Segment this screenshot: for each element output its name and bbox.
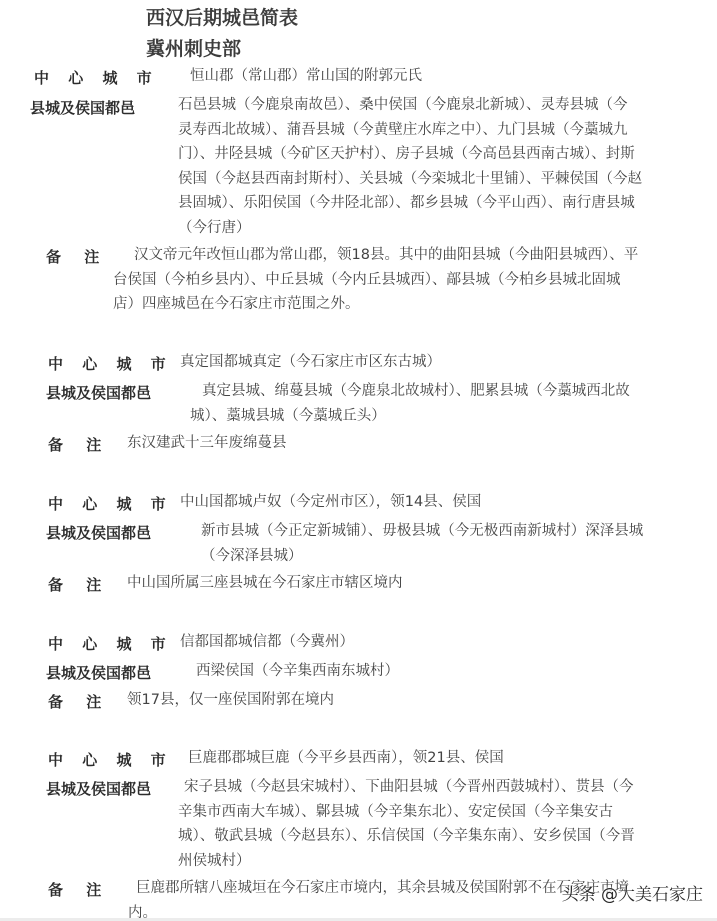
text-line: （今深泽县城） xyxy=(201,544,643,569)
center-city-value: 中山国都城卢奴（今定州市区），领14县、侯国 xyxy=(180,490,481,515)
counties-label: 县城及侯国都邑 xyxy=(46,778,151,799)
notes-label: 备 注 xyxy=(48,691,110,712)
center-city-value: 巨鹿郡郡城巨鹿（今平乡县西南），领21县、侯国 xyxy=(188,746,504,771)
notes-label: 备 注 xyxy=(48,879,110,900)
center-city-value: 恒山郡（常山郡）常山国的附郭元氏 xyxy=(190,64,422,89)
center-city-label: 中 心 城 市 xyxy=(48,633,173,654)
text-line: 城）、敬武县城（今赵县东）、乐信侯国（今辛集东南）、安乡侯国（今晋 xyxy=(178,824,635,849)
counties-value: 石邑县城（今鹿泉南故邑）、桑中侯国（今鹿泉北新城）、灵寿县城（今 灵寿西北故城）… xyxy=(178,93,642,240)
center-city-label: 中 心 城 市 xyxy=(48,353,173,374)
notes-value: 中山国所属三座县城在今石家庄市辖区境内 xyxy=(127,571,403,596)
counties-value: 宋子县城（今赵县宋城村）、下曲阳县城（今晋州西鼓城村）、贳县（今 辛集市西南大车… xyxy=(178,775,635,873)
text-line: 巨鹿郡所辖八座城垣在今石家庄市境内，其余县城及侯国附郭不在石家庄市境 xyxy=(128,876,629,901)
document-title: 西汉后期城邑简表 xyxy=(146,3,298,30)
text-line: 门）、井陉县城（今矿区天护村）、房子县城（今高邑县西南古城）、封斯 xyxy=(178,142,642,167)
text-line: 州侯城村） xyxy=(178,849,635,874)
document-subtitle: 冀州刺史部 xyxy=(146,34,241,61)
notes-label: 备 注 xyxy=(48,434,110,455)
counties-label: 县城及侯国都邑 xyxy=(46,662,151,683)
center-city-label: 中 心 城 市 xyxy=(34,67,159,88)
text-line: 新市县城（今正定新城铺）、毋极县城（今无极西南新城村）深泽县城 xyxy=(201,519,643,544)
notes-value: 汉文帝元年改恒山郡为常山郡，领18县。其中的曲阳县城（今曲阳县城西）、平 台侯国… xyxy=(113,243,638,317)
text-line: 汉文帝元年改恒山郡为常山郡，领18县。其中的曲阳县城（今曲阳县城西）、平 xyxy=(113,243,638,268)
center-city-label: 中 心 城 市 xyxy=(48,749,173,770)
center-city-value: 信都国都城信都（今冀州） xyxy=(180,630,354,655)
text-line: 侯国（今赵县西南封斯村）、关县城（今栾城北十里铺）、平棘侯国（今赵 xyxy=(178,167,642,192)
counties-label: 县城及侯国都邑 xyxy=(46,382,151,403)
notes-value: 东汉建武十三年废绵蔓县 xyxy=(127,431,287,456)
notes-label: 备 注 xyxy=(48,574,110,595)
center-city-value: 真定国都城真定（今石家庄市区东古城） xyxy=(180,350,441,375)
counties-label: 县城及侯国都邑 xyxy=(30,97,135,118)
counties-label: 县城及侯国都邑 xyxy=(46,522,151,543)
text-line: 石邑县城（今鹿泉南故邑）、桑中侯国（今鹿泉北新城）、灵寿县城（今 xyxy=(178,93,642,118)
notes-label: 备 注 xyxy=(46,246,108,267)
text-line: 辛集市西南大车城）、鄡县城（今辛集东北）、安定侯国（今辛集安古 xyxy=(178,800,635,825)
counties-value: 新市县城（今正定新城铺）、毋极县城（今无极西南新城村）深泽县城 （今深泽县城） xyxy=(201,519,643,568)
center-city-label: 中 心 城 市 xyxy=(48,493,173,514)
text-line: 县固城）、乐阳侯国（今井陉北部）、都乡县城（今平山西）、南行唐县城 xyxy=(178,191,642,216)
text-line: （今行唐） xyxy=(178,216,642,241)
text-line: 真定县城、绵蔓县城（今鹿泉北故城村）、肥累县城（今藁城西北故 xyxy=(190,379,630,404)
counties-value: 真定县城、绵蔓县城（今鹿泉北故城村）、肥累县城（今藁城西北故 城）、藁城县城（今… xyxy=(190,379,630,428)
text-line: 店）四座城邑在今石家庄市范围之外。 xyxy=(113,292,638,317)
notes-value: 领17县，仅一座侯国附郭在境内 xyxy=(127,688,334,713)
text-line: 城）、藁城县城（今藁城丘头） xyxy=(190,404,630,429)
text-line: 宋子县城（今赵县宋城村）、下曲阳县城（今晋州西鼓城村）、贳县（今 xyxy=(178,775,635,800)
counties-value: 西梁侯国（今辛集西南东城村） xyxy=(196,659,399,684)
notes-value: 巨鹿郡所辖八座城垣在今石家庄市境内，其余县城及侯国附郭不在石家庄市境 内。 xyxy=(128,876,629,921)
source-watermark: 头条 @大美石家庄 xyxy=(562,880,703,905)
text-line: 灵寿西北故城）、蒲吾县城（今黄壁庄水库之中）、九门县城（今藁城九 xyxy=(178,118,642,143)
text-line: 台侯国（今柏乡县内）、中丘县城（今内丘县城西）、鄗县城（今柏乡县城北固城 xyxy=(113,268,638,293)
